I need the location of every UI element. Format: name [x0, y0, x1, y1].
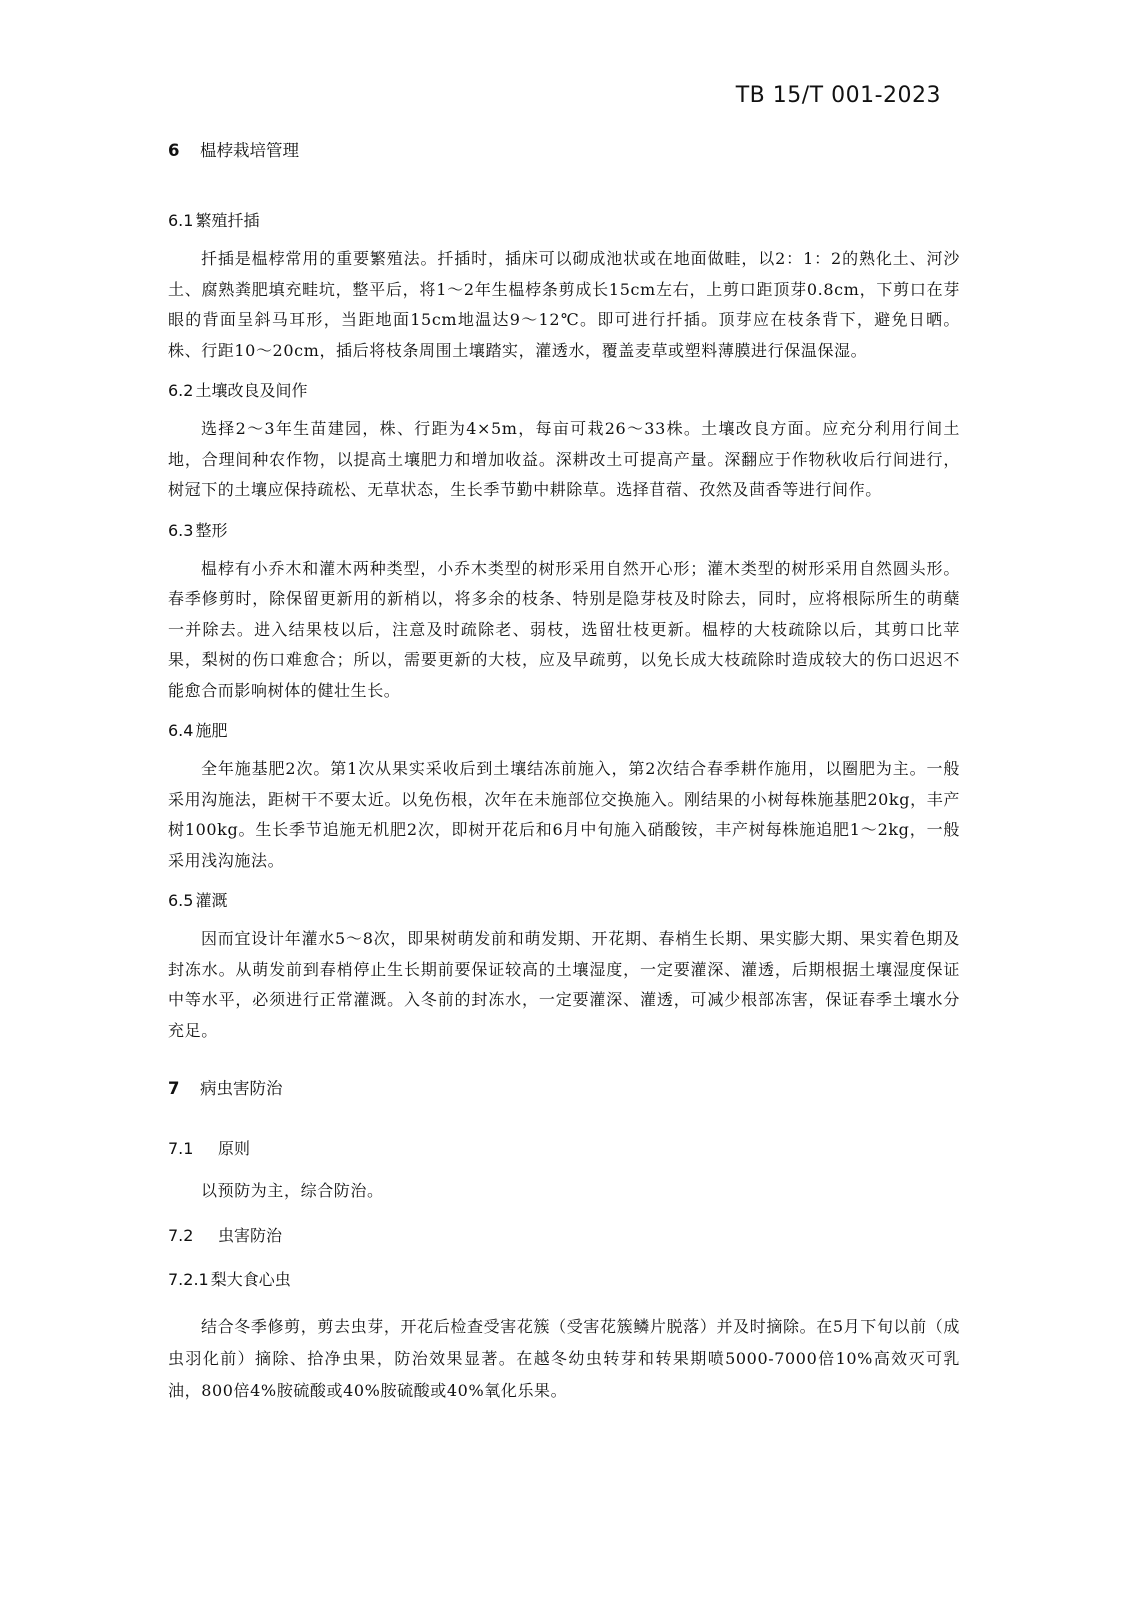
- section-7-1-paragraph: 以预防为主，综合防治。: [168, 1176, 960, 1207]
- section-6-4-paragraph: 全年施基肥2次。第1次从果实采收后到土壤结冻前施入，第2次结合春季耕作施用，以圈…: [168, 754, 960, 876]
- section-number: 7.2: [168, 1221, 216, 1251]
- section-6-3-heading: 6.3整形: [168, 516, 960, 546]
- section-number: 6.5: [168, 891, 193, 910]
- section-title: 施肥: [195, 721, 227, 740]
- document-body: 6榅桲栽培管理 6.1繁殖扦插 扦插是榅桲常用的重要繁殖法。扦插时，插床可以砌成…: [168, 136, 960, 1407]
- section-6-2-heading: 6.2土壤改良及间作: [168, 376, 960, 406]
- section-6-2-paragraph: 选择2～3年生苗建园，株、行距为4×5m，每亩可栽26～33株。土壤改良方面。应…: [168, 414, 960, 506]
- section-number: 7.2.1: [168, 1270, 209, 1289]
- section-7-2-heading: 7.2虫害防治: [168, 1221, 960, 1251]
- section-title: 灌溉: [195, 891, 227, 910]
- section-number: 6.3: [168, 521, 193, 540]
- section-number: 6.4: [168, 721, 193, 740]
- section-title: 梨大食心虫: [211, 1270, 291, 1289]
- section-7-2-1-paragraph: 结合冬季修剪，剪去虫芽，开花后检查受害花簇（受害花簇鳞片脱落）并及时摘除。在5月…: [168, 1311, 960, 1407]
- section-title: 繁殖扦插: [195, 211, 259, 230]
- section-title: 原则: [218, 1139, 250, 1158]
- section-number: 6: [168, 136, 200, 166]
- document-code: TB 15/T 001-2023: [736, 83, 941, 108]
- section-number: 6.1: [168, 211, 193, 230]
- section-6-5-heading: 6.5灌溉: [168, 886, 960, 916]
- section-6-1-paragraph: 扦插是榅桲常用的重要繁殖法。扦插时，插床可以砌成池状或在地面做畦，以2：1：2的…: [168, 244, 960, 366]
- section-number: 6.2: [168, 381, 193, 400]
- section-title: 虫害防治: [218, 1226, 282, 1245]
- section-number: 7.1: [168, 1134, 216, 1164]
- section-title: 病虫害防治: [200, 1079, 283, 1098]
- section-6-heading: 6榅桲栽培管理: [168, 136, 960, 166]
- section-6-5-paragraph: 因而宜设计年灌水5～8次，即果树萌发前和萌发期、开花期、春梢生长期、果实膨大期、…: [168, 924, 960, 1046]
- section-title: 榅桲栽培管理: [200, 141, 299, 160]
- section-6-3-paragraph: 榅桲有小乔木和灌木两种类型，小乔木类型的树形采用自然开心形；灌木类型的树形采用自…: [168, 554, 960, 707]
- section-7-heading: 7病虫害防治: [168, 1074, 960, 1104]
- section-6-4-heading: 6.4施肥: [168, 716, 960, 746]
- section-6-1-heading: 6.1繁殖扦插: [168, 206, 960, 236]
- section-7-1-heading: 7.1原则: [168, 1134, 960, 1164]
- section-number: 7: [168, 1074, 200, 1104]
- section-title: 整形: [195, 521, 227, 540]
- section-7-2-1-heading: 7.2.1梨大食心虫: [168, 1265, 960, 1295]
- section-title: 土壤改良及间作: [195, 381, 307, 400]
